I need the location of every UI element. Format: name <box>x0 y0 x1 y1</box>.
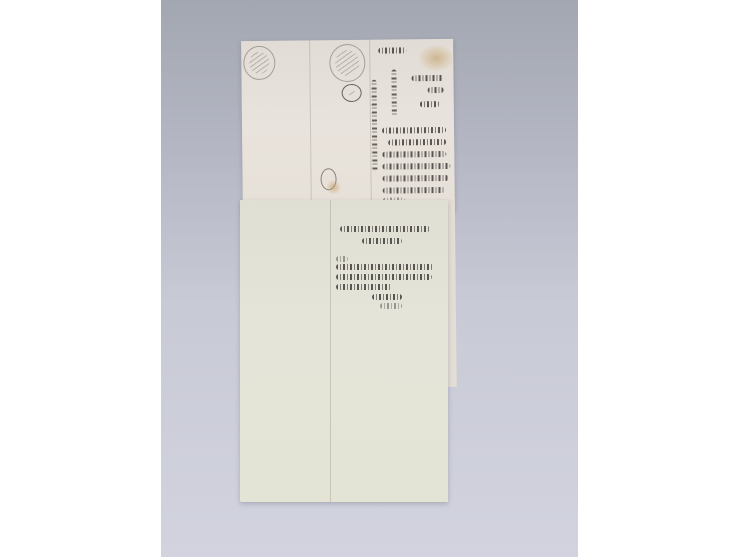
vertical-address: illegible vertical handwritten address <box>372 80 378 172</box>
body-line: illegible handwritten line 3 <box>382 151 446 158</box>
vertical-handwriting <box>391 69 397 117</box>
handwritten-note-line <box>428 87 444 93</box>
fold-line <box>330 200 331 502</box>
header-line: illegible handwritten place and date lin… <box>340 226 430 232</box>
body-line: illegible handwritten line 2 <box>388 139 446 146</box>
paper-stain <box>327 180 341 194</box>
handwritten-note-line: illegible handwritten date/note (3 lines… <box>411 75 443 81</box>
body-line: illegible handwritten line 6 <box>383 187 445 194</box>
signature-title: illegible handwritten title <box>380 303 402 309</box>
fold-line <box>309 40 312 212</box>
body-line: illegible handwritten line 1 <box>382 127 446 134</box>
reference-number: illegible handwritten reference number <box>362 238 402 244</box>
top-letter: illegible handwritten number illegible h… <box>241 39 455 213</box>
signature: illegible handwritten signature <box>372 294 402 300</box>
handwritten-note-line <box>420 101 440 107</box>
postmark-circle <box>243 46 275 80</box>
salutation: illegible handwritten salutation <box>336 256 348 262</box>
body-line: illegible handwritten line 2 <box>336 274 432 280</box>
body-line: illegible handwritten line 4 <box>382 163 450 170</box>
postmark-small <box>342 84 362 102</box>
postmark-circle <box>329 44 365 82</box>
body-line: illegible handwritten line 1 <box>336 264 434 270</box>
paper-stain <box>419 45 453 71</box>
bottom-letter: illegible handwritten place and date lin… <box>240 200 448 502</box>
body-line: illegible handwritten line 5 <box>383 175 449 182</box>
body-line: illegible handwritten line 3 <box>336 284 392 290</box>
handwritten-number: illegible handwritten number <box>378 47 406 53</box>
